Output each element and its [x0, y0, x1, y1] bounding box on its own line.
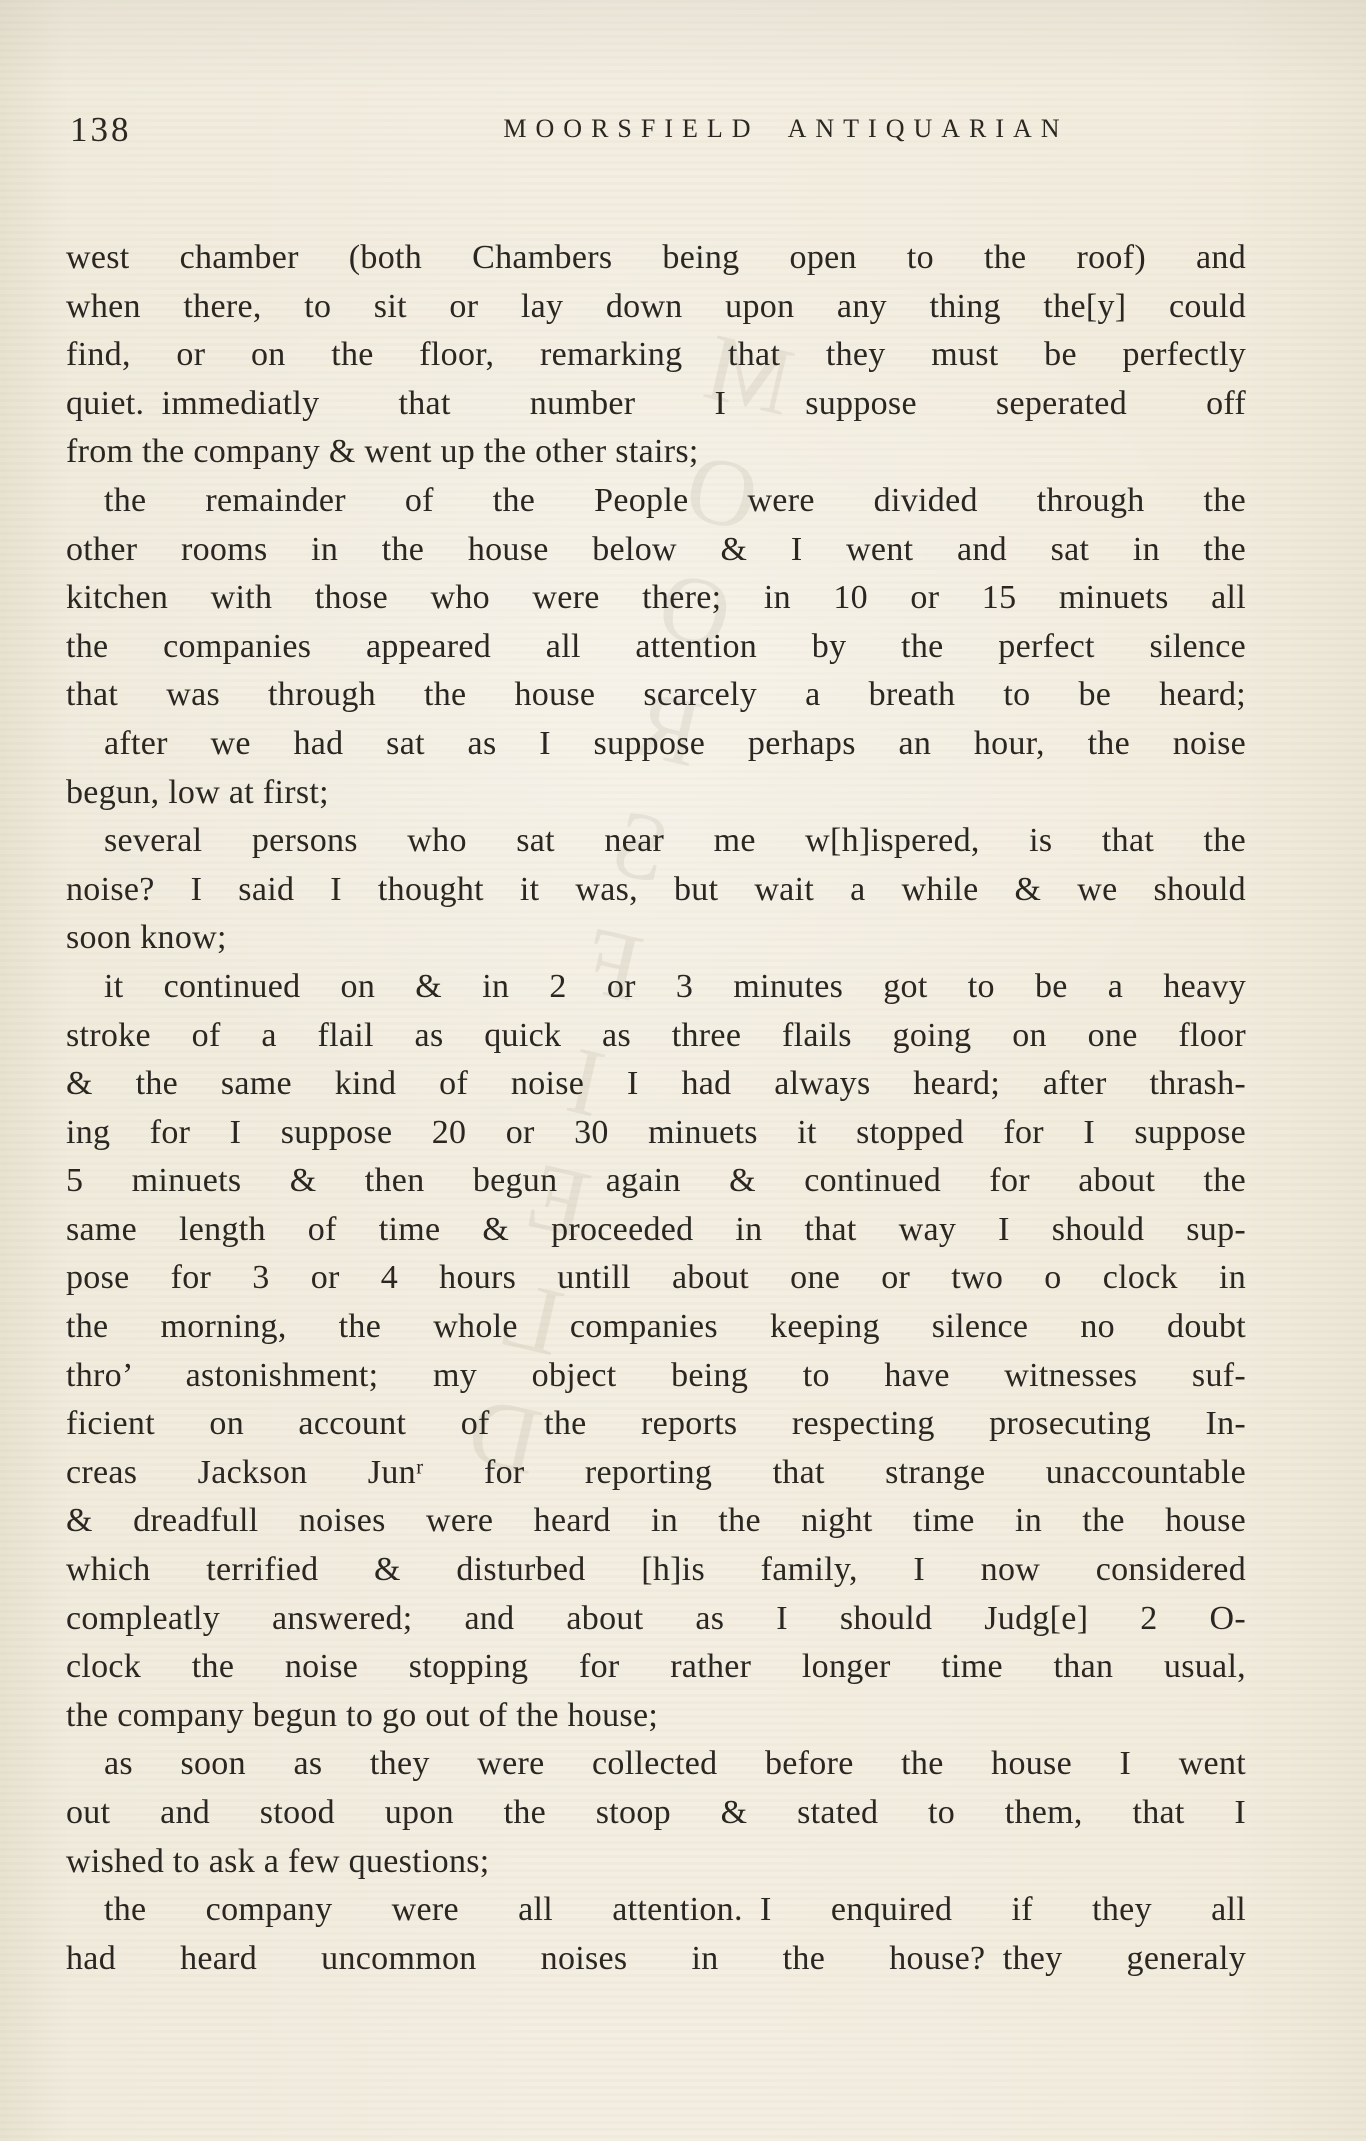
text-line: several persons who sat near me w[h]ispe…: [66, 817, 1246, 866]
text-line: the remainder of the People were divided…: [66, 477, 1246, 526]
paragraph: the remainder of the People were divided…: [66, 477, 1246, 720]
text-line: out and stood upon the stoop & stated to…: [66, 1789, 1246, 1838]
text-line: the morning, the whole companies keeping…: [66, 1303, 1246, 1352]
text-line: ficient on account of the reports respec…: [66, 1400, 1246, 1449]
text-line: 5 minuets & then begun again & continued…: [66, 1157, 1246, 1206]
text-line: wished to ask a few questions;: [66, 1838, 1246, 1887]
text-line: ing for I suppose 20 or 30 minuets it st…: [66, 1109, 1246, 1158]
text-line: the companies appeared all attention by …: [66, 623, 1246, 672]
text-line: that was through the house scarcely a br…: [66, 671, 1246, 720]
text-line: the company begun to go out of the house…: [66, 1692, 1246, 1741]
paragraph: the company were all attention. I enquir…: [66, 1886, 1246, 1983]
paragraph: it continued on & in 2 or 3 minutes got …: [66, 963, 1246, 1741]
text-line: it continued on & in 2 or 3 minutes got …: [66, 963, 1246, 1012]
text-line: which terrified & disturbed [h]is family…: [66, 1546, 1246, 1595]
text-line: compleatly answered; and about as I shou…: [66, 1595, 1246, 1644]
text-line: soon know;: [66, 914, 1246, 963]
body-text: west chamber (both Chambers being open t…: [66, 234, 1246, 1983]
text-line: stroke of a flail as quick as three flai…: [66, 1012, 1246, 1061]
text-line: after we had sat as I suppose perhaps an…: [66, 720, 1246, 769]
text-line: & dreadfull noises were heard in the nig…: [66, 1497, 1246, 1546]
text-line: same length of time & proceeded in that …: [66, 1206, 1246, 1255]
text-line: thro’ astonishment; my object being to h…: [66, 1352, 1246, 1401]
text-line: find, or on the floor, remarking that th…: [66, 331, 1246, 380]
paragraph: several persons who sat near me w[h]ispe…: [66, 817, 1246, 963]
text-line: clock the noise stopping for rather long…: [66, 1643, 1246, 1692]
paragraph: as soon as they were collected before th…: [66, 1740, 1246, 1886]
text-line: pose for 3 or 4 hours untill about one o…: [66, 1254, 1246, 1303]
text-line: begun, low at first;: [66, 769, 1246, 818]
paragraph: after we had sat as I suppose perhaps an…: [66, 720, 1246, 817]
text-line: had heard uncommon noises in the house? …: [66, 1935, 1246, 1984]
paragraph: west chamber (both Chambers being open t…: [66, 234, 1246, 477]
page-header: 138 MOORSFIELD ANTIQUARIAN: [0, 104, 1366, 160]
page-number: 138: [70, 110, 132, 150]
text-line: from the company & went up the other sta…: [66, 428, 1246, 477]
text-line: as soon as they were collected before th…: [66, 1740, 1246, 1789]
text-line: the company were all attention. I enquir…: [66, 1886, 1246, 1935]
text-line: creas Jackson Junʳ for reporting that st…: [66, 1449, 1246, 1498]
text-line: other rooms in the house below & I went …: [66, 526, 1246, 575]
text-line: quiet. immediatly that number I suppose …: [66, 380, 1246, 429]
running-head-title: MOORSFIELD ANTIQUARIAN: [503, 114, 1068, 144]
text-line: kitchen with those who were there; in 10…: [66, 574, 1246, 623]
text-line: west chamber (both Chambers being open t…: [66, 234, 1246, 283]
book-page: MOORSFIELD 138 MOORSFIELD ANTIQUARIAN we…: [0, 0, 1366, 2141]
text-line: & the same kind of noise I had always he…: [66, 1060, 1246, 1109]
text-line: when there, to sit or lay down upon any …: [66, 283, 1246, 332]
text-line: noise? I said I thought it was, but wait…: [66, 866, 1246, 915]
